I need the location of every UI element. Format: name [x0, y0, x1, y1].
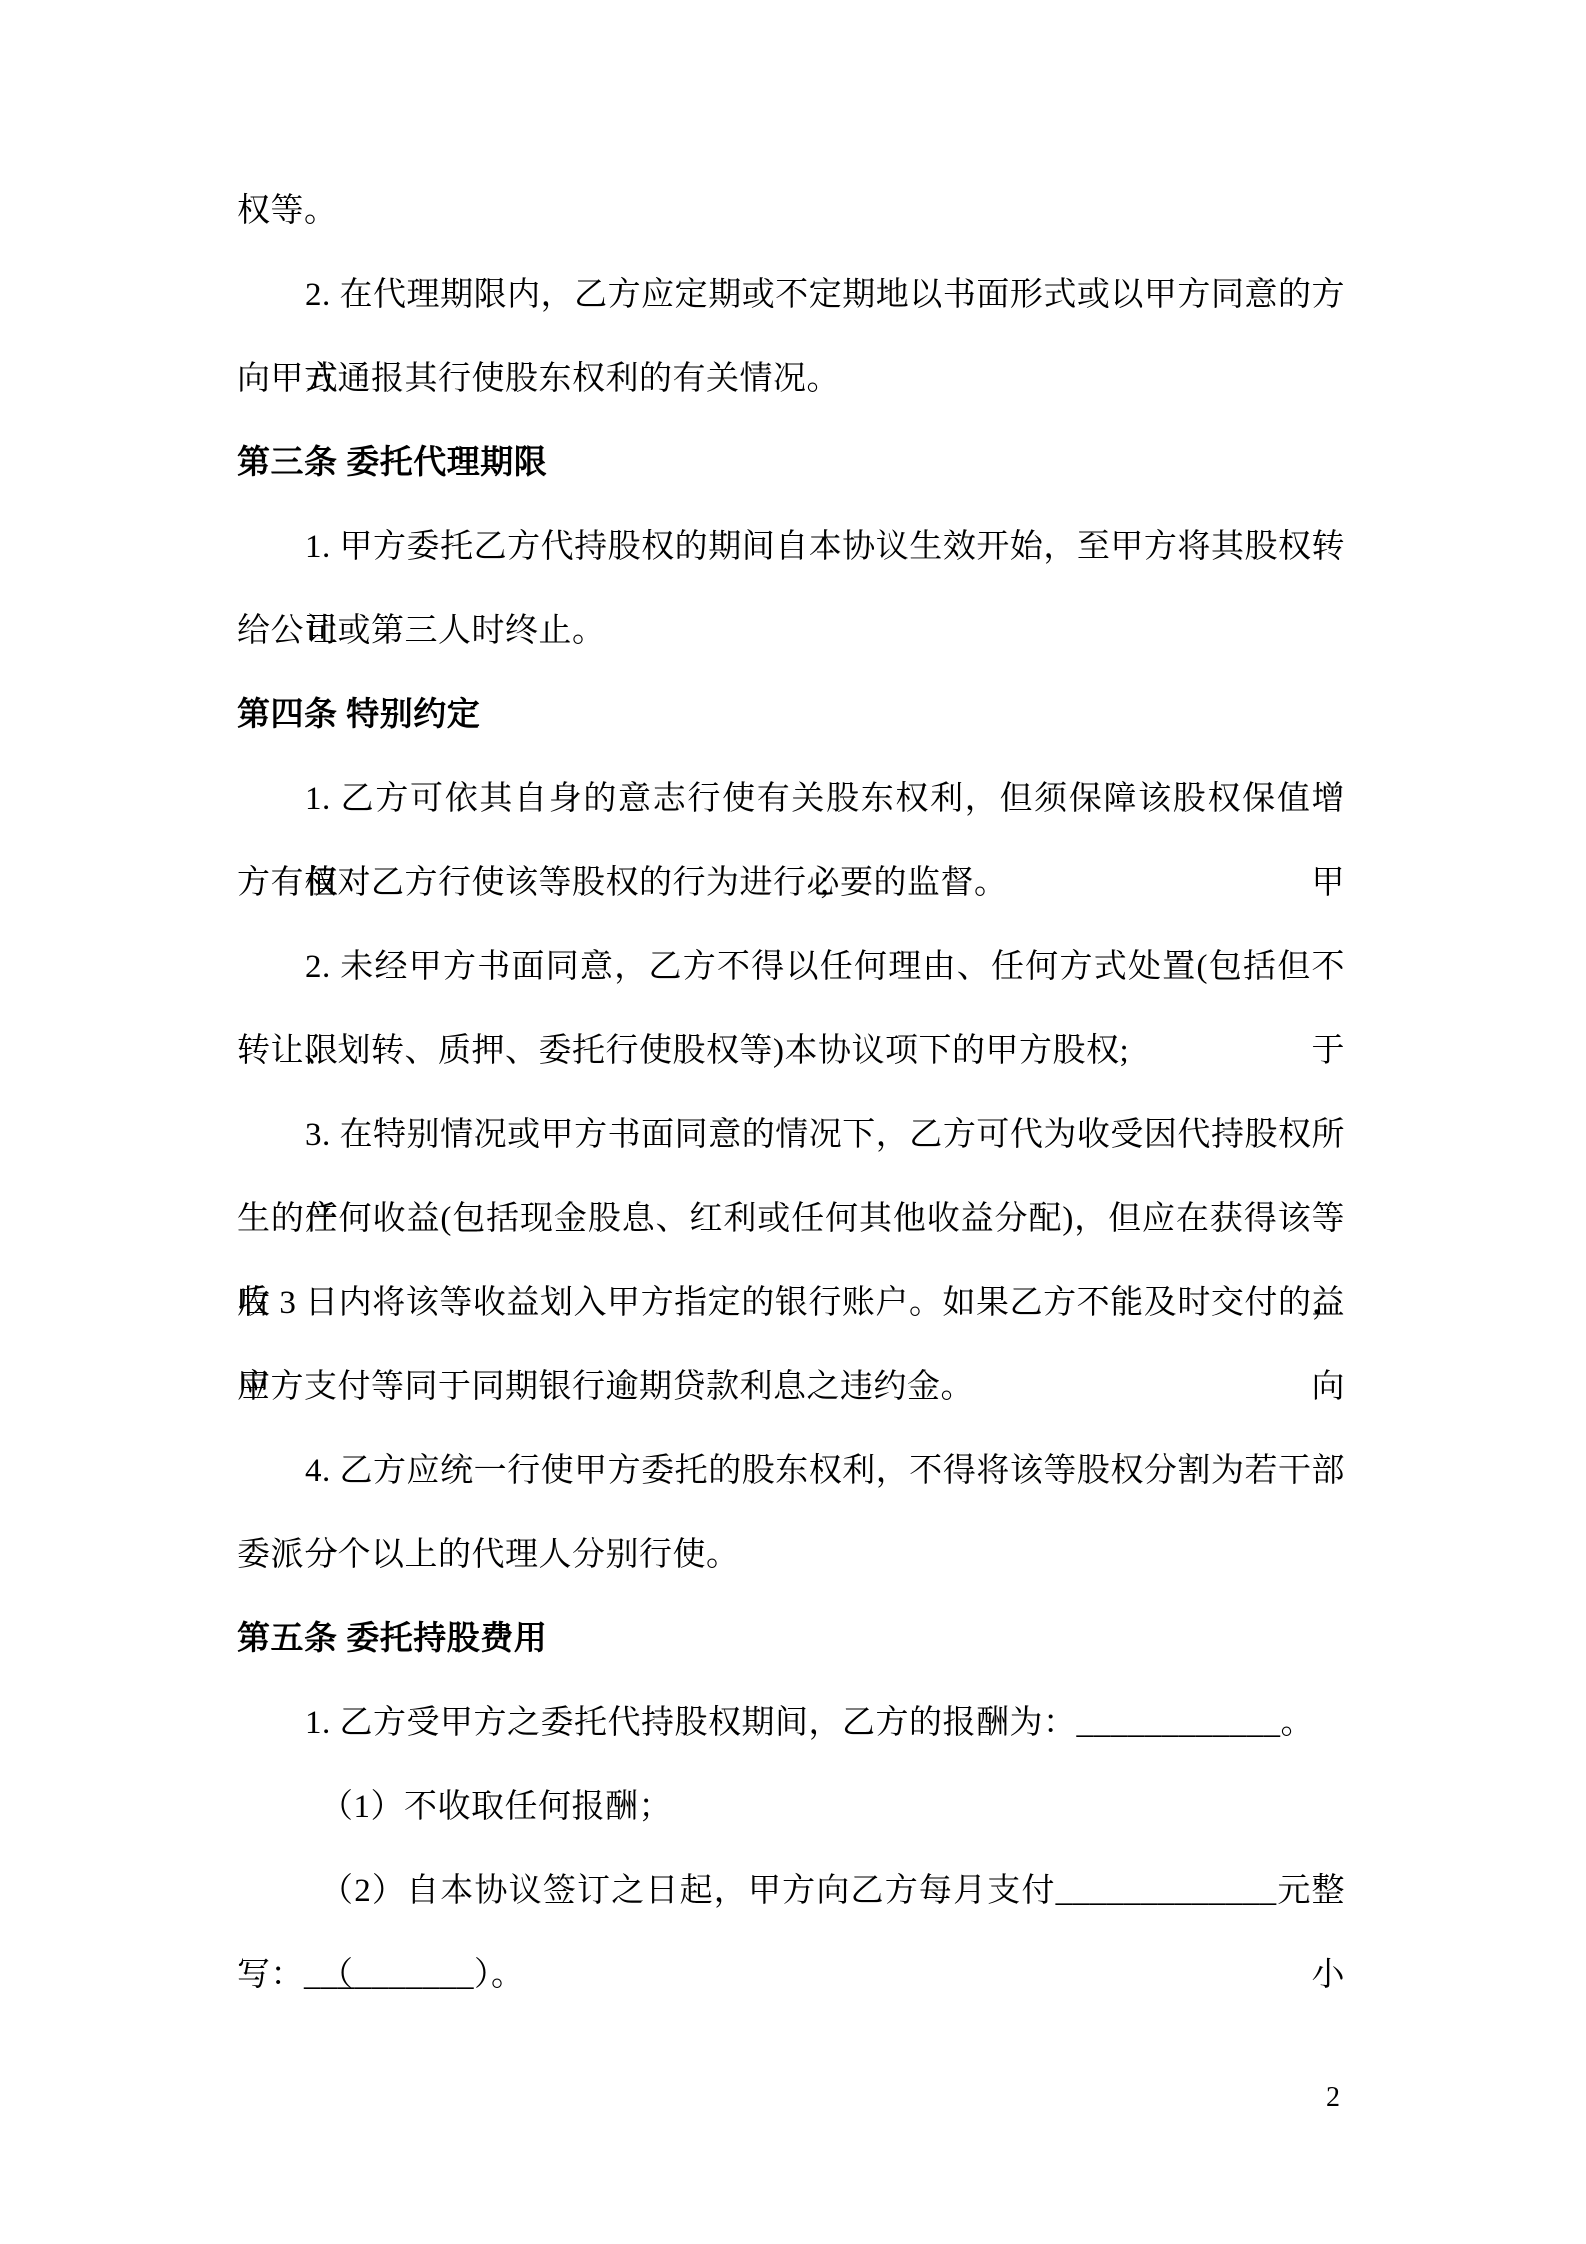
paragraph-line: （1）不收取任何报酬；	[237, 1765, 1345, 1849]
clause-3-heading: 第三条 委托代理期限	[237, 421, 1345, 505]
paragraph-line: 后 3 日内将该等收益划入甲方指定的银行账户。如果乙方不能及时交付的，应向	[237, 1261, 1345, 1345]
clause-5-heading: 第五条 委托持股费用	[237, 1597, 1345, 1681]
paragraph-line: 给公司或第三人时终止。	[237, 589, 1345, 673]
paragraph-line: 向甲方通报其行使股东权利的有关情况。	[237, 337, 1345, 421]
paragraph-line: 2. 未经甲方书面同意，乙方不得以任何理由、任何方式处置(包括但不限于	[237, 925, 1345, 1009]
document-page: 权等。 2. 在代理期限内，乙方应定期或不定期地以书面形式或以甲方同意的方式 向…	[0, 0, 1586, 2244]
paragraph-line: 1. 甲方委托乙方代持股权的期间自本协议生效开始，至甲方将其股权转让	[237, 505, 1345, 589]
paragraph-line: 2. 在代理期限内，乙方应定期或不定期地以书面形式或以甲方同意的方式	[237, 253, 1345, 337]
paragraph-line: 委派一个以上的代理人分别行使。	[237, 1513, 1345, 1597]
paragraph-line: 3. 在特别情况或甲方书面同意的情况下，乙方可代为收受因代持股权所产	[237, 1093, 1345, 1177]
page-number: 2	[1326, 2072, 1366, 2124]
paragraph-line-blank: （2）自本协议签订之日起，甲方向乙方每月支付_____________元整（小	[237, 1849, 1345, 1933]
paragraph-line: 1. 乙方可依其自身的意志行使有关股东权利，但须保障该股权保值增值;甲	[237, 757, 1345, 841]
clause-4-heading: 第四条 特别约定	[237, 673, 1345, 757]
paragraph-line: 4. 乙方应统一行使甲方委托的股东权利，不得将该等股权分割为若干部分	[237, 1429, 1345, 1513]
paragraph-line-blank: 1. 乙方受甲方之委托代持股权期间，乙方的报酬为：____________。	[237, 1681, 1345, 1765]
document-body: 权等。 2. 在代理期限内，乙方应定期或不定期地以书面形式或以甲方同意的方式 向…	[237, 169, 1345, 2017]
paragraph-line: 生的任何收益(包括现金股息、红利或任何其他收益分配)，但应在获得该等收益	[237, 1177, 1345, 1261]
paragraph-line: 权等。	[237, 169, 1345, 253]
